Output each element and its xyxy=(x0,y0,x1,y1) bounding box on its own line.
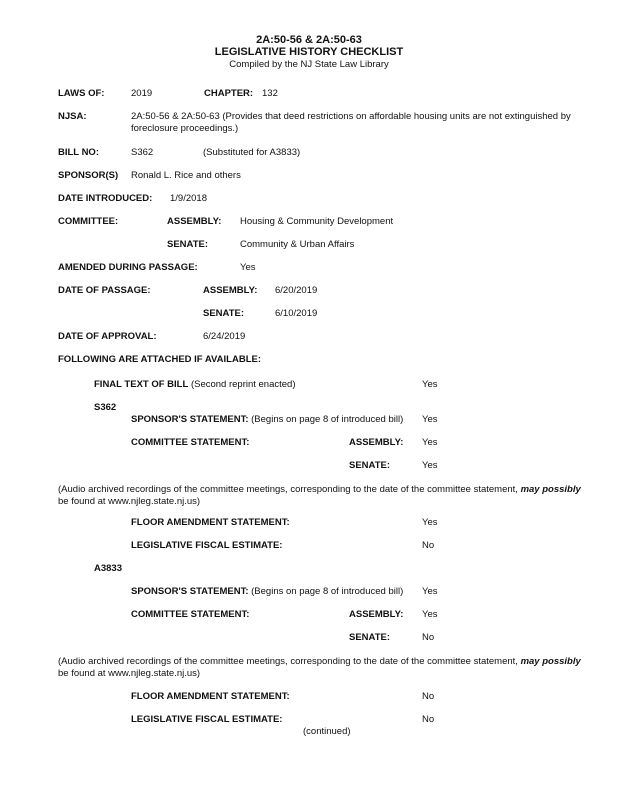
chapter-value: 132 xyxy=(262,88,278,99)
final-text-value: Yes xyxy=(422,379,438,390)
bill-id-a3833: A3833 xyxy=(94,563,122,574)
committee-label: COMMITTEE: xyxy=(58,216,118,227)
audio-note-text: (Audio archived recordings of the commit… xyxy=(58,656,521,667)
s362-audio-note-line-1: (Audio archived recordings of the commit… xyxy=(58,484,581,495)
s362-assembly-value: Yes xyxy=(422,437,438,448)
njsa-line-2: foreclosure proceedings.) xyxy=(131,123,238,134)
a3833-assembly-value: Yes xyxy=(422,609,438,620)
audio-note-emphasis: may possibly xyxy=(521,656,581,667)
bill-no-label: BILL NO: xyxy=(58,147,99,158)
a3833-audio-note-line-2: be found at www.njleg.state.nj.us) xyxy=(58,668,200,679)
a3833-sponsor-value: Yes xyxy=(422,586,438,597)
committee-assembly-label: ASSEMBLY: xyxy=(167,216,221,227)
s362-sponsor-value: Yes xyxy=(422,414,438,425)
laws-of-label: LAWS OF: xyxy=(58,88,104,99)
bill-no-value: S362 xyxy=(131,147,153,158)
s362-committee-label: COMMITTEE STATEMENT: xyxy=(131,437,249,448)
final-text-note: (Second reprint enacted) xyxy=(191,379,296,390)
chapter-label: CHAPTER: xyxy=(204,88,253,99)
a3833-committee-label: COMMITTEE STATEMENT: xyxy=(131,609,249,620)
s362-senate-label: SENATE: xyxy=(349,460,390,471)
final-text-label: FINAL TEXT OF BILL xyxy=(94,379,188,390)
a3833-floor-label: FLOOR AMENDMENT STATEMENT: xyxy=(131,691,290,702)
s362-sponsor-row: SPONSOR'S STATEMENT: (Begins on page 8 o… xyxy=(131,414,403,425)
a3833-assembly-label: ASSEMBLY: xyxy=(349,609,403,620)
passage-assembly-value: 6/20/2019 xyxy=(275,285,317,296)
s362-fiscal-label: LEGISLATIVE FISCAL ESTIMATE: xyxy=(131,540,282,551)
sponsors-label: SPONSOR(S) xyxy=(58,170,118,181)
a3833-fiscal-value: No xyxy=(422,714,434,725)
date-of-approval-value: 6/24/2019 xyxy=(203,331,245,342)
committee-assembly-value: Housing & Community Development xyxy=(240,216,393,227)
committee-senate-label: SENATE: xyxy=(167,239,208,250)
s362-sponsor-note: (Begins on page 8 of introduced bill) xyxy=(251,414,403,425)
continued-note: (continued) xyxy=(303,726,351,737)
bill-id-s362: S362 xyxy=(94,402,116,413)
passage-senate-value: 6/10/2019 xyxy=(275,308,317,319)
s362-senate-value: Yes xyxy=(422,460,438,471)
subtitle: Compiled by the NJ State Law Library xyxy=(0,59,618,70)
date-of-passage-label: DATE OF PASSAGE: xyxy=(58,285,151,296)
njsa-label: NJSA: xyxy=(58,111,87,122)
date-introduced-value: 1/9/2018 xyxy=(170,193,207,204)
a3833-audio-note-line-1: (Audio archived recordings of the commit… xyxy=(58,656,581,667)
a3833-sponsor-note: (Begins on page 8 of introduced bill) xyxy=(251,586,403,597)
passage-assembly-label: ASSEMBLY: xyxy=(203,285,257,296)
audio-note-text: (Audio archived recordings of the commit… xyxy=(58,484,521,495)
s362-floor-value: Yes xyxy=(422,517,438,528)
date-introduced-label: DATE INTRODUCED: xyxy=(58,193,152,204)
a3833-floor-value: No xyxy=(422,691,434,702)
title-line-1: 2A:50-56 & 2A:50-63 xyxy=(0,34,618,46)
sponsors-value: Ronald L. Rice and others xyxy=(131,170,241,181)
s362-sponsor-label: SPONSOR'S STATEMENT: xyxy=(131,414,249,425)
attached-heading: FOLLOWING ARE ATTACHED IF AVAILABLE: xyxy=(58,354,261,365)
title-line-2: LEGISLATIVE HISTORY CHECKLIST xyxy=(0,46,618,58)
final-text-row: FINAL TEXT OF BILL (Second reprint enact… xyxy=(94,379,296,390)
a3833-senate-value: No xyxy=(422,632,434,643)
audio-note-emphasis: may possibly xyxy=(521,484,581,495)
s362-audio-note-line-2: be found at www.njleg.state.nj.us) xyxy=(58,496,200,507)
committee-senate-value: Community & Urban Affairs xyxy=(240,239,354,250)
s362-floor-label: FLOOR AMENDMENT STATEMENT: xyxy=(131,517,290,528)
njsa-line-1: 2A:50-56 & 2A:50-63 (Provides that deed … xyxy=(131,111,571,122)
a3833-senate-label: SENATE: xyxy=(349,632,390,643)
s362-fiscal-value: No xyxy=(422,540,434,551)
bill-no-note: (Substituted for A3833) xyxy=(203,147,300,158)
a3833-fiscal-label: LEGISLATIVE FISCAL ESTIMATE: xyxy=(131,714,282,725)
amended-label: AMENDED DURING PASSAGE: xyxy=(58,262,198,273)
date-of-approval-label: DATE OF APPROVAL: xyxy=(58,331,157,342)
s362-assembly-label: ASSEMBLY: xyxy=(349,437,403,448)
laws-of-value: 2019 xyxy=(131,88,152,99)
a3833-sponsor-label: SPONSOR'S STATEMENT: xyxy=(131,586,249,597)
amended-value: Yes xyxy=(240,262,256,273)
passage-senate-label: SENATE: xyxy=(203,308,244,319)
a3833-sponsor-row: SPONSOR'S STATEMENT: (Begins on page 8 o… xyxy=(131,586,403,597)
